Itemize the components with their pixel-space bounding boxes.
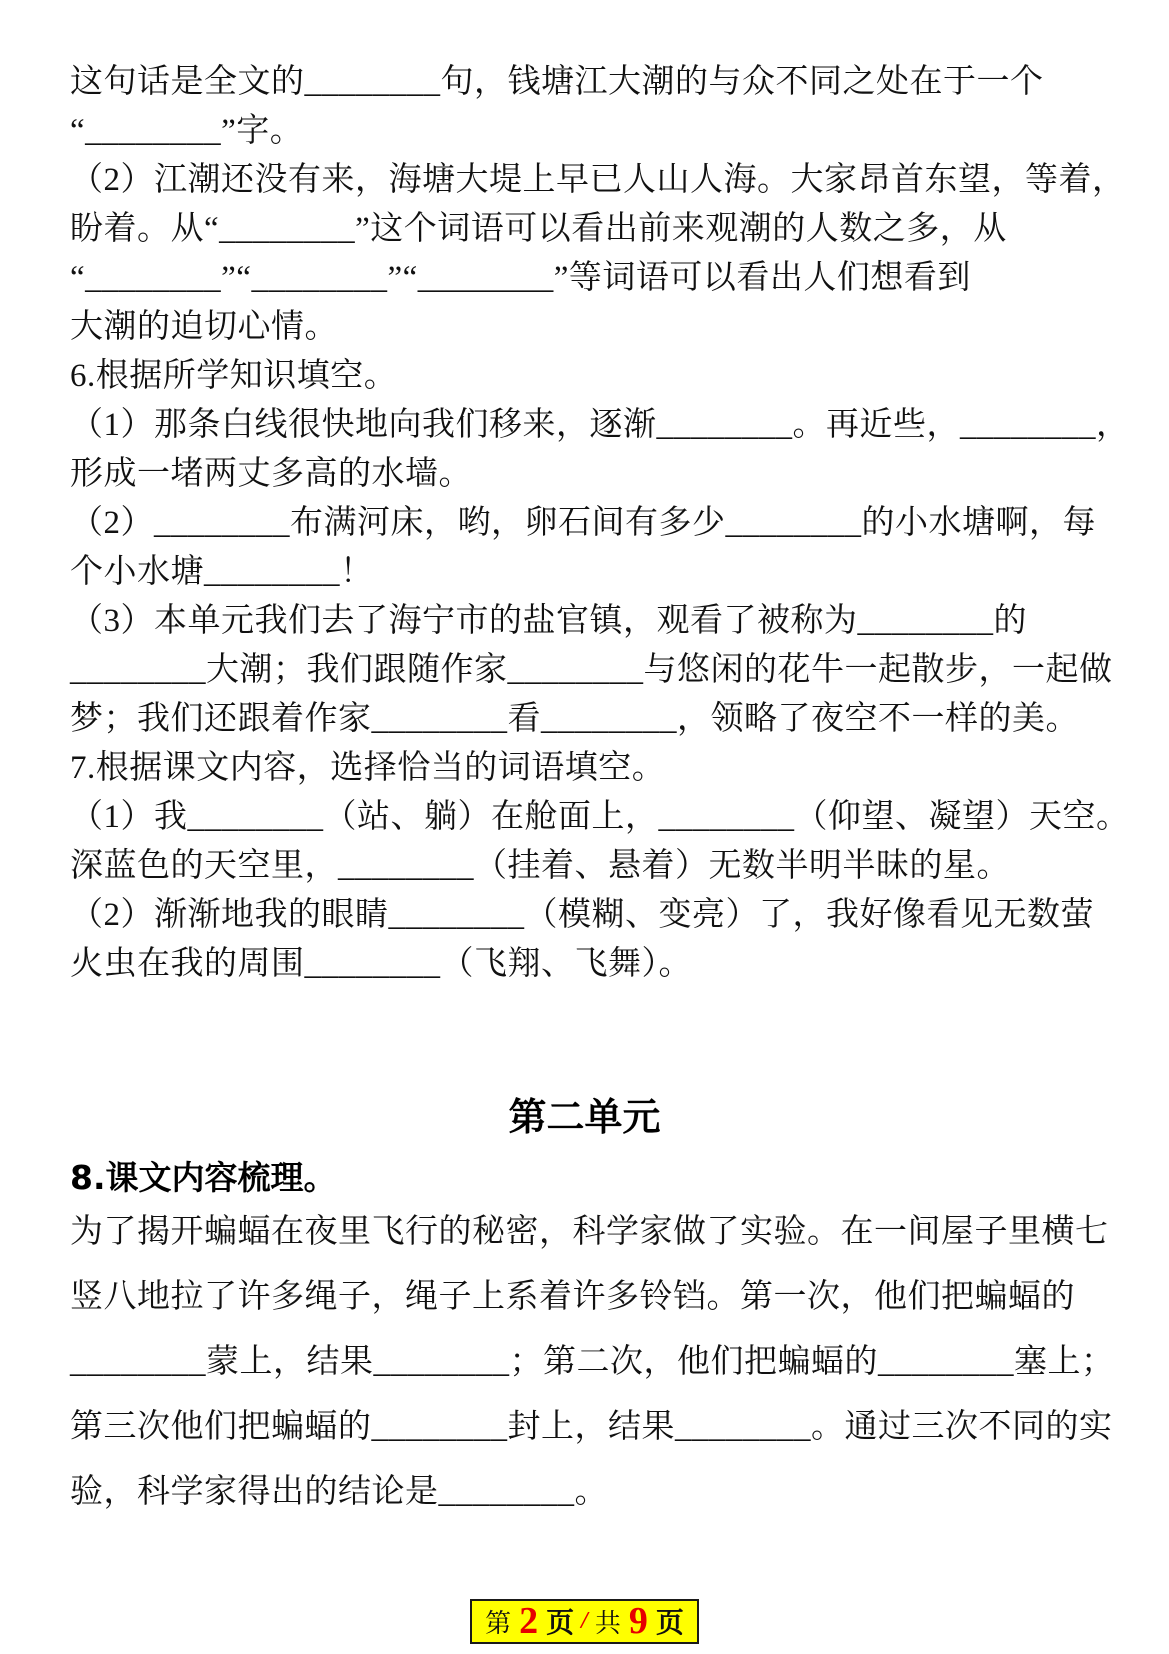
text-line: 形成一堵两丈多高的水墙。	[70, 450, 1109, 499]
text-line: 梦；我们还跟着作家________看________，领略了夜空不一样的美。	[70, 695, 1109, 744]
text-line: “________”“________”“________”等词语可以看出人们想…	[70, 254, 1109, 303]
text-line: （1）我________（站、躺）在舱面上，________（仰望、凝望）天空。	[70, 793, 1109, 842]
page-footer: 第 2 页 / 共 9 页	[0, 1599, 1169, 1644]
section-unit2-exercises: 为了揭开蝙蝠在夜里飞行的秘密，科学家做了实验。在一间屋子里横七 竖八地拉了许多绳…	[70, 1200, 1109, 1525]
text-line: 竖八地拉了许多绳子，绳子上系着许多铃铛。第一次，他们把蝙蝠的	[70, 1265, 1109, 1330]
text-line: （2）________布满河床，哟，卵石间有多少________的小水塘啊，每	[70, 499, 1109, 548]
text-line: （2）江潮还没有来，海塘大堤上早已人山人海。大家昂首东望，等着，	[70, 156, 1109, 205]
footer-total-pages: 9	[629, 1602, 648, 1640]
footer-label-page-total: 页	[656, 1601, 684, 1641]
question-7-heading: 7.根据课文内容，选择恰当的词语填空。	[70, 744, 1109, 793]
footer-label-page: 页	[546, 1601, 574, 1641]
text-line: 个小水塘________！	[70, 548, 1109, 597]
page-number-box: 第 2 页 / 共 9 页	[470, 1599, 699, 1644]
footer-separator: /	[581, 1608, 588, 1635]
text-line: “________”字。	[70, 107, 1109, 156]
question-8-heading: 8.课文内容梳理。	[70, 1156, 337, 1200]
text-line: ________蒙上，结果________；第二次，他们把蝙蝠的________…	[70, 1330, 1109, 1395]
text-line: 这句话是全文的________句，钱塘江大潮的与众不同之处在于一个	[70, 58, 1109, 107]
text-line: 火虫在我的周围________（飞翔、飞舞）。	[70, 940, 1109, 989]
text-line: （3）本单元我们去了海宁市的盐官镇，观看了被称为________的	[70, 597, 1109, 646]
text-line: （1）那条白线很快地向我们移来，逐渐________。再近些，________，	[70, 401, 1109, 450]
text-line: 第三次他们把蝙蝠的________封上，结果________。通过三次不同的实	[70, 1395, 1109, 1460]
text-line: 大潮的迫切心情。	[70, 303, 1109, 352]
text-line: 深蓝色的天空里，________（挂着、悬着）无数半明半昧的星。	[70, 842, 1109, 891]
text-line: 为了揭开蝙蝠在夜里飞行的秘密，科学家做了实验。在一间屋子里横七	[70, 1200, 1109, 1265]
text-line: （2）渐渐地我的眼睛________（模糊、变亮）了，我好像看见无数萤	[70, 891, 1109, 940]
unit2-section-title: 第二单元	[0, 1094, 1169, 1140]
document-page: 这句话是全文的________句，钱塘江大潮的与众不同之处在于一个 “_____…	[0, 0, 1169, 1654]
text-line: ________大潮；我们跟随作家________与悠闲的花牛一起散步，一起做	[70, 646, 1109, 695]
text-line: 盼着。从“________”这个词语可以看出前来观潮的人数之多，从	[70, 205, 1109, 254]
footer-label-di: 第	[485, 1603, 511, 1640]
section-unit1-exercises: 这句话是全文的________句，钱塘江大潮的与众不同之处在于一个 “_____…	[70, 58, 1109, 989]
footer-label-gong: 共	[595, 1603, 621, 1640]
question-6-heading: 6.根据所学知识填空。	[70, 352, 1109, 401]
text-line: 验，科学家得出的结论是________。	[70, 1460, 1109, 1525]
footer-current-page: 2	[519, 1602, 538, 1640]
